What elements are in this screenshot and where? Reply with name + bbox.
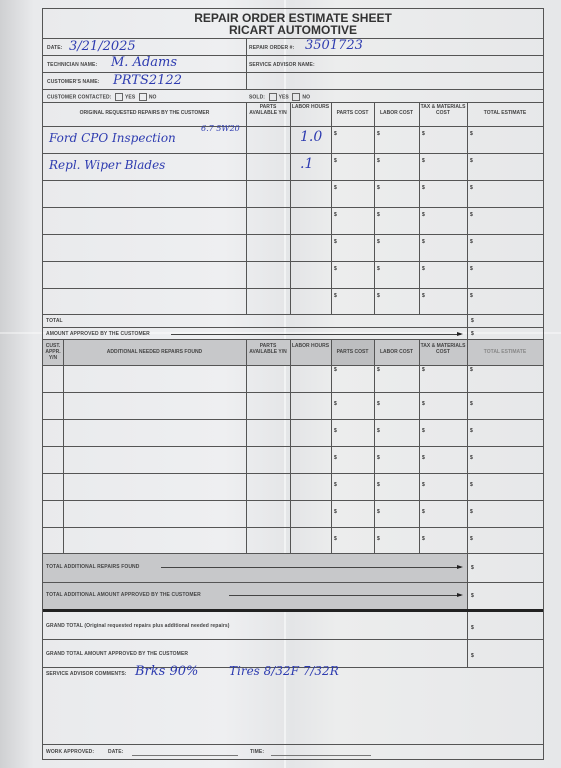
- footer-time-label: TIME:: [250, 749, 264, 755]
- yes-label: YES: [279, 94, 289, 100]
- column-header: PARTS COST: [332, 349, 373, 355]
- currency-symbol: $: [422, 367, 425, 373]
- arrow-icon: [161, 567, 461, 568]
- column-header: CUST. APPR. Y/N: [44, 343, 62, 361]
- currency-symbol: $: [422, 293, 425, 299]
- comment-tires[interactable]: Tires 8/32F 7/32R: [229, 664, 339, 678]
- customer-contacted-label: CUSTOMER CONTACTED:: [47, 94, 112, 100]
- currency-symbol: $: [334, 509, 337, 515]
- currency-symbol: $: [334, 131, 337, 137]
- currency-symbol: $: [422, 158, 425, 164]
- repair-order-form: REPAIR ORDER ESTIMATE SHEET RICART AUTOM…: [42, 8, 544, 760]
- currency-symbol: $: [470, 455, 473, 461]
- sold-no-checkbox[interactable]: [292, 93, 300, 101]
- currency-symbol: $: [377, 536, 380, 542]
- total-label: TOTAL: [46, 318, 63, 324]
- service-advisor-label: SERVICE ADVISOR NAME:: [249, 62, 315, 68]
- currency-symbol: $: [334, 293, 337, 299]
- yes-label: YES: [125, 94, 135, 100]
- no-label: NO: [302, 94, 310, 100]
- currency-symbol: $: [377, 158, 380, 164]
- currency-symbol: $: [470, 428, 473, 434]
- currency-symbol: $: [470, 185, 473, 191]
- currency-symbol: $: [422, 401, 425, 407]
- comments-label: SERVICE ADVISOR COMMENTS:: [46, 671, 127, 677]
- technician-label: TECHNICIAN NAME:: [47, 62, 97, 68]
- comment-brakes[interactable]: Brks 90%: [135, 664, 198, 679]
- currency-symbol: $: [377, 367, 380, 373]
- customer-field[interactable]: PRTS2122: [113, 73, 182, 88]
- currency-symbol: $: [334, 185, 337, 191]
- currency-symbol: $: [377, 266, 380, 272]
- currency-symbol: $: [422, 455, 425, 461]
- currency-symbol: $: [377, 293, 380, 299]
- total-additional-approved-label: TOTAL ADDITIONAL AMOUNT APPROVED BY THE …: [46, 592, 201, 598]
- grand-total-label: GRAND TOTAL (Original requested repairs …: [46, 623, 230, 629]
- column-header: ADDITIONAL NEEDED REPAIRS FOUND: [64, 349, 245, 355]
- currency-symbol: $: [470, 239, 473, 245]
- no-label: NO: [149, 94, 157, 100]
- currency-symbol: $: [470, 536, 473, 542]
- currency-symbol: $: [334, 536, 337, 542]
- currency-symbol: $: [470, 131, 473, 137]
- currency-symbol: $: [470, 266, 473, 272]
- currency-symbol: $: [470, 401, 473, 407]
- dealer-name: RICART AUTOMOTIVE: [43, 24, 543, 37]
- currency-symbol: $: [334, 428, 337, 434]
- currency-symbol: $: [334, 401, 337, 407]
- currency-symbol: $: [422, 239, 425, 245]
- column-header: PARTS AVAILABLE Y/N: [247, 104, 289, 116]
- repair-order-field[interactable]: 3501723: [305, 38, 363, 53]
- amount-approved-label: AMOUNT APPROVED BY THE CUSTOMER: [46, 331, 150, 337]
- repair-description[interactable]: Repl. Wiper Blades: [49, 158, 165, 172]
- sold-yes-checkbox[interactable]: [269, 93, 277, 101]
- column-header: TOTAL ESTIMATE: [468, 110, 542, 116]
- currency-symbol: $: [470, 367, 473, 373]
- currency-symbol: $: [422, 536, 425, 542]
- currency-symbol: $: [422, 482, 425, 488]
- currency-symbol: $: [334, 367, 337, 373]
- currency-symbol: $: [470, 509, 473, 515]
- contacted-yes-checkbox[interactable]: [115, 93, 123, 101]
- currency-symbol: $: [377, 509, 380, 515]
- arrow-icon: [229, 595, 461, 596]
- date-field[interactable]: 3/21/2025: [69, 39, 136, 54]
- currency-symbol: $: [422, 185, 425, 191]
- column-header: ORIGINAL REQUESTED REPAIRS BY THE CUSTOM…: [44, 110, 245, 116]
- column-header: PARTS AVAILABLE Y/N: [247, 343, 289, 355]
- sold-label: SOLD:: [249, 94, 265, 100]
- currency-symbol: $: [377, 212, 380, 218]
- repair-order-label: REPAIR ORDER #:: [249, 45, 294, 51]
- repair-description[interactable]: Ford CPO Inspection: [49, 131, 176, 145]
- currency-symbol: $: [377, 482, 380, 488]
- footer-date-label: DATE:: [108, 749, 123, 755]
- time-signature-line[interactable]: [271, 755, 371, 756]
- additional-dollar: $: [471, 565, 474, 571]
- technician-field[interactable]: M. Adams: [111, 55, 177, 70]
- work-approved-label: WORK APPROVED:: [46, 749, 94, 755]
- currency-symbol: $: [470, 293, 473, 299]
- currency-symbol: $: [377, 428, 380, 434]
- currency-symbol: $: [334, 212, 337, 218]
- customer-label: CUSTOMER'S NAME:: [47, 79, 99, 85]
- currency-symbol: $: [422, 212, 425, 218]
- currency-symbol: $: [334, 455, 337, 461]
- currency-symbol: $: [377, 455, 380, 461]
- column-header: LABOR COST: [375, 349, 418, 355]
- labor-hours[interactable]: .1: [300, 156, 313, 172]
- total-additional-label: TOTAL ADDITIONAL REPAIRS FOUND: [46, 564, 139, 570]
- grand-approved-label: GRAND TOTAL AMOUNT APPROVED BY THE CUSTO…: [46, 651, 188, 657]
- currency-symbol: $: [377, 401, 380, 407]
- currency-symbol: $: [422, 131, 425, 137]
- currency-symbol: $: [470, 212, 473, 218]
- currency-symbol: $: [334, 482, 337, 488]
- contacted-no-checkbox[interactable]: [139, 93, 147, 101]
- currency-symbol: $: [422, 266, 425, 272]
- column-header: LABOR HOURS: [291, 104, 330, 110]
- additional-approved-dollar: $: [471, 593, 474, 599]
- currency-symbol: $: [470, 482, 473, 488]
- column-header: TOTAL ESTIMATE: [468, 349, 542, 355]
- approved-dollar: $: [471, 331, 474, 337]
- currency-symbol: $: [334, 239, 337, 245]
- arrow-icon: [171, 334, 461, 335]
- currency-symbol: $: [422, 428, 425, 434]
- column-header: TAX & MATERIALS COST: [420, 343, 466, 355]
- column-header: LABOR HOURS: [291, 343, 330, 349]
- grand-approved-dollar: $: [471, 653, 474, 659]
- currency-symbol: $: [422, 509, 425, 515]
- date-label: DATE:: [47, 45, 62, 51]
- currency-symbol: $: [334, 158, 337, 164]
- column-header: TAX & MATERIALS COST: [420, 104, 466, 116]
- customer-contacted-row: CUSTOMER CONTACTED: YES NO: [47, 93, 157, 101]
- column-header: LABOR COST: [375, 110, 418, 116]
- date-signature-line[interactable]: [132, 755, 238, 756]
- repair-note: 6.7 5W20: [201, 123, 241, 134]
- currency-symbol: $: [377, 185, 380, 191]
- total-dollar: $: [471, 318, 474, 324]
- sold-row: SOLD: YES NO: [249, 93, 310, 101]
- currency-symbol: $: [377, 239, 380, 245]
- currency-symbol: $: [377, 131, 380, 137]
- grand-total-dollar: $: [471, 625, 474, 631]
- labor-hours[interactable]: 1.0: [300, 129, 322, 145]
- currency-symbol: $: [334, 266, 337, 272]
- currency-symbol: $: [470, 158, 473, 164]
- column-header: PARTS COST: [332, 110, 373, 116]
